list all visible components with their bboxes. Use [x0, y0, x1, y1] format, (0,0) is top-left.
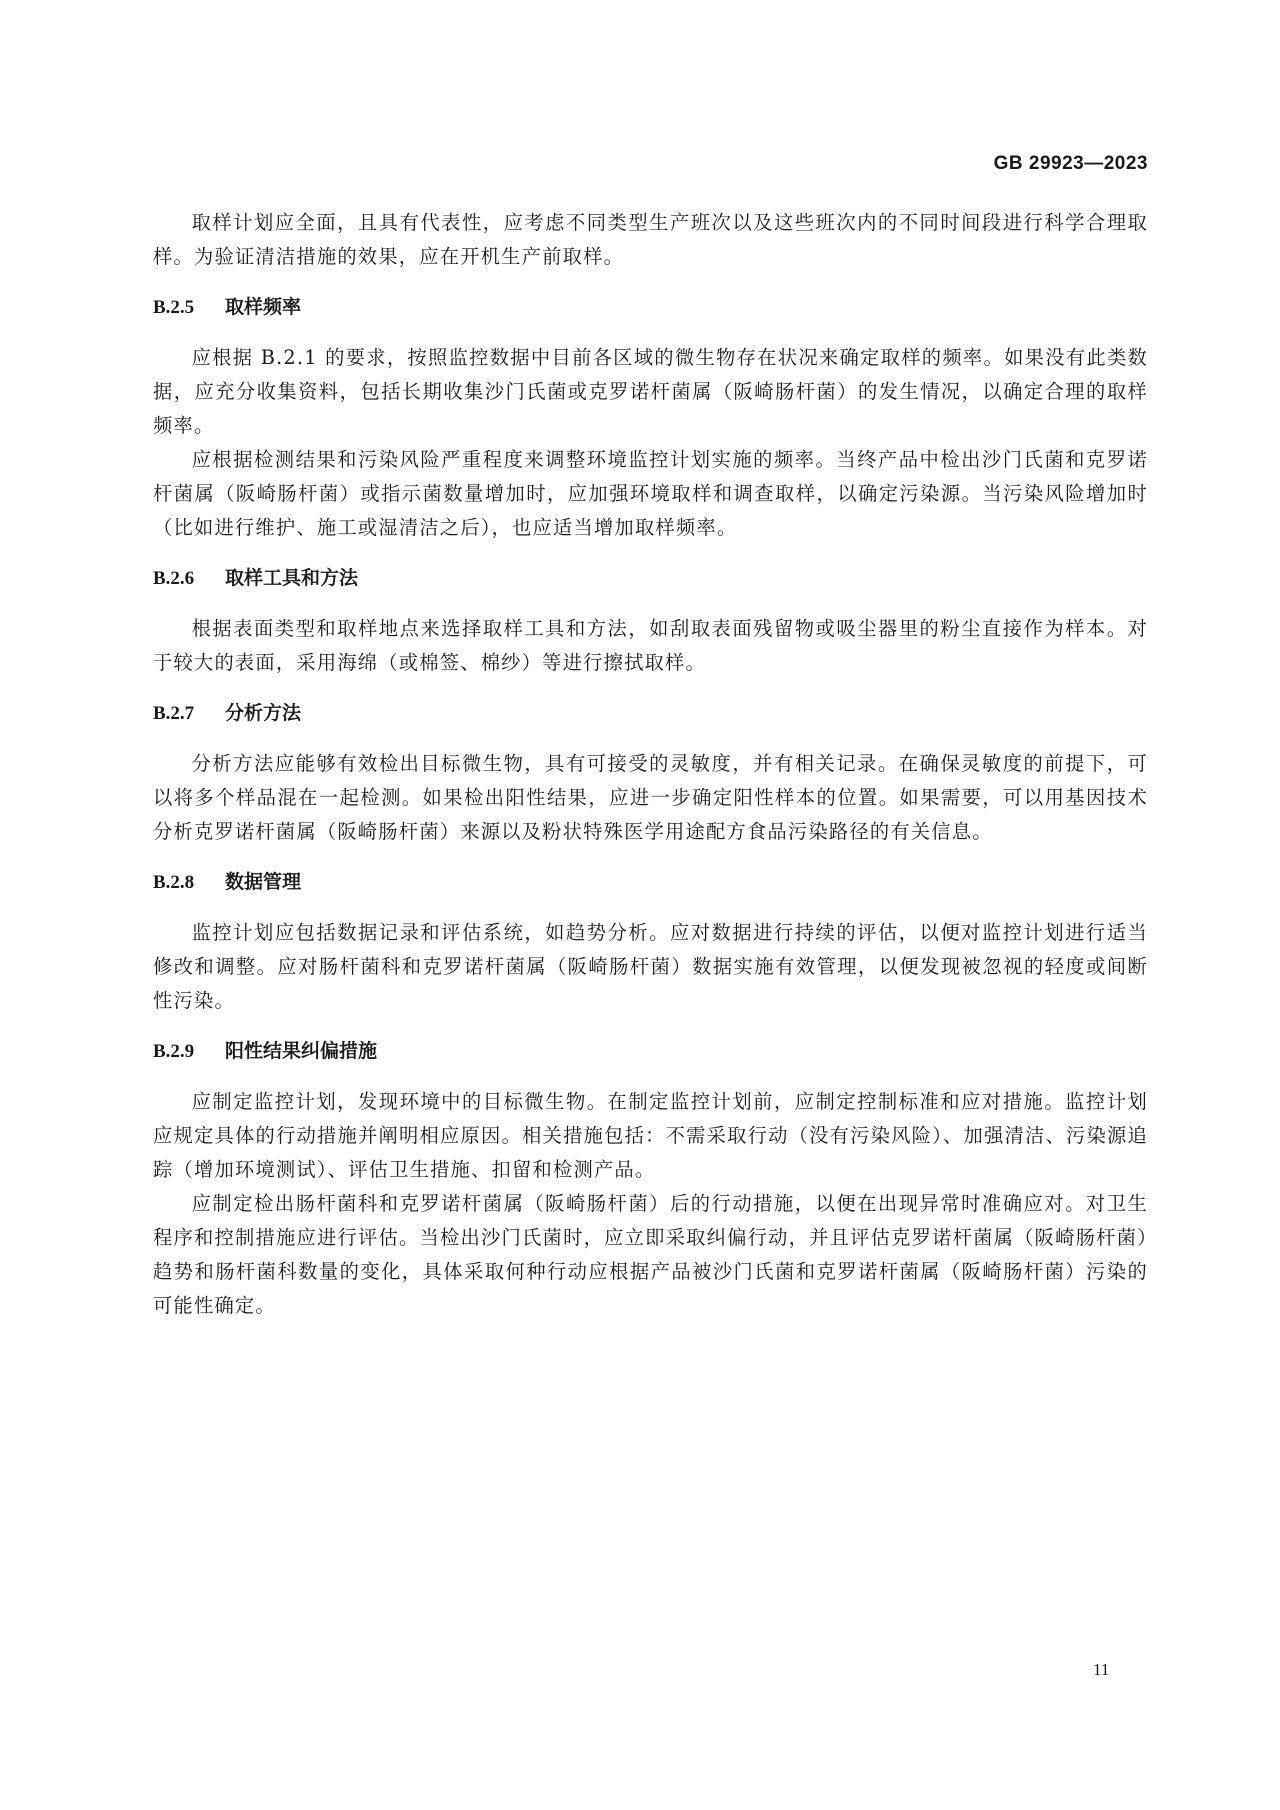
- intro-paragraph: 取样计划应全面，且具有代表性，应考虑不同类型生产班次以及这些班次内的不同时间段进…: [153, 206, 1148, 274]
- section-number: B.2.7: [153, 697, 225, 731]
- paragraph: 分析方法应能够有效检出目标微生物，具有可接受的灵敏度，并有相关记录。在确保灵敏度…: [153, 747, 1148, 849]
- section-heading: B.2.8数据管理: [153, 865, 1148, 900]
- paragraph: 应根据检测结果和污染风险严重程度来调整环境监控计划实施的频率。当终产品中检出沙门…: [153, 443, 1148, 545]
- section-b-2-6: B.2.6取样工具和方法 根据表面类型和取样地点来选择取样工具和方法，如刮取表面…: [153, 561, 1148, 680]
- section-heading: B.2.6取样工具和方法: [153, 561, 1148, 596]
- section-title: 分析方法: [225, 702, 301, 724]
- section-number: B.2.6: [153, 562, 225, 596]
- document-body: 取样计划应全面，且具有代表性，应考虑不同类型生产班次以及这些班次内的不同时间段进…: [153, 206, 1148, 1323]
- section-title: 阳性结果纠偏措施: [225, 1040, 377, 1062]
- section-title: 数据管理: [225, 871, 301, 893]
- section-number: B.2.8: [153, 866, 225, 900]
- section-heading: B.2.5取样频率: [153, 290, 1148, 325]
- section-b-2-9: B.2.9阳性结果纠偏措施 应制定监控计划，发现环境中的目标微生物。在制定监控计…: [153, 1034, 1148, 1323]
- section-b-2-7: B.2.7分析方法 分析方法应能够有效检出目标微生物，具有可接受的灵敏度，并有相…: [153, 696, 1148, 849]
- document-page: GB 29923—2023 取样计划应全面，且具有代表性，应考虑不同类型生产班次…: [0, 0, 1280, 1810]
- paragraph: 根据表面类型和取样地点来选择取样工具和方法，如刮取表面残留物或吸尘器里的粉尘直接…: [153, 612, 1148, 680]
- page-number: 11: [1093, 1660, 1109, 1680]
- paragraph: 监控计划应包括数据记录和评估系统，如趋势分析。应对数据进行持续的评估，以便对监控…: [153, 916, 1148, 1018]
- section-b-2-5: B.2.5取样频率 应根据 B.2.1 的要求，按照监控数据中目前各区域的微生物…: [153, 290, 1148, 545]
- paragraph: 应制定检出肠杆菌科和克罗诺杆菌属（阪崎肠杆菌）后的行动措施，以便在出现异常时准确…: [153, 1187, 1148, 1323]
- paragraph: 应根据 B.2.1 的要求，按照监控数据中目前各区域的微生物存在状况来确定取样的…: [153, 341, 1148, 443]
- paragraph: 应制定监控计划，发现环境中的目标微生物。在制定监控计划前，应制定控制标准和应对措…: [153, 1085, 1148, 1187]
- standard-number: GB 29923—2023: [994, 153, 1148, 175]
- section-b-2-8: B.2.8数据管理 监控计划应包括数据记录和评估系统，如趋势分析。应对数据进行持…: [153, 865, 1148, 1018]
- section-number: B.2.9: [153, 1035, 225, 1069]
- section-title: 取样工具和方法: [225, 567, 358, 589]
- section-number: B.2.5: [153, 291, 225, 325]
- section-title: 取样频率: [225, 296, 301, 318]
- section-heading: B.2.7分析方法: [153, 696, 1148, 731]
- section-heading: B.2.9阳性结果纠偏措施: [153, 1034, 1148, 1069]
